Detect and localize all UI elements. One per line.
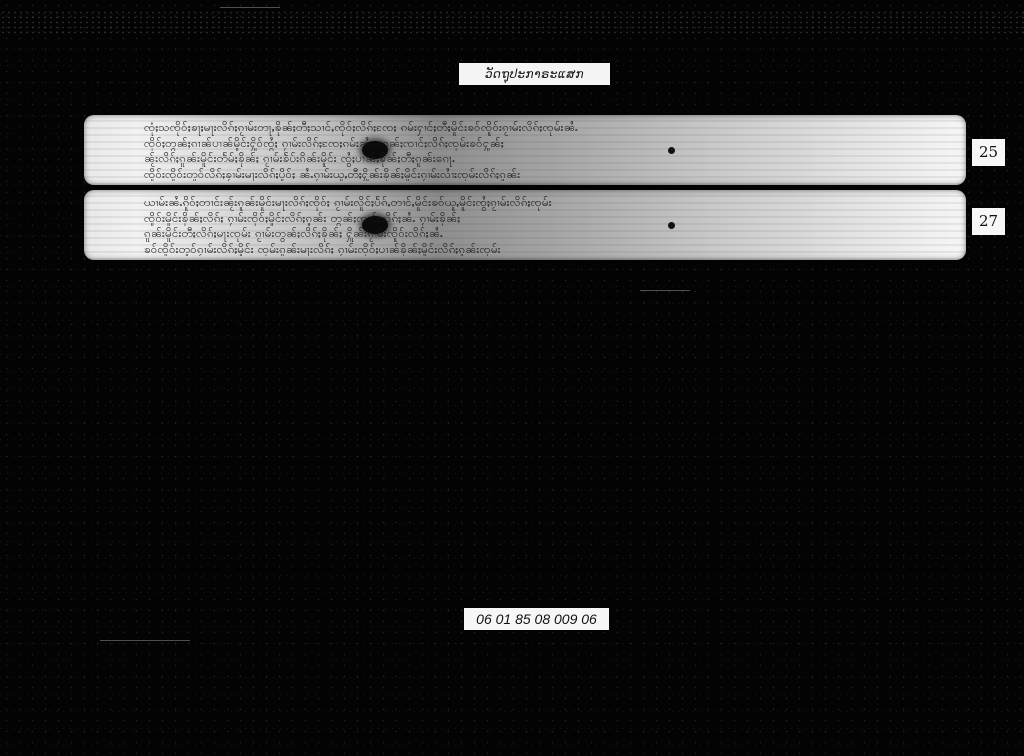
leaf-line: ၵူၼ်းမိူင်းတီႈလိၵ်ႈမႃးၸုမ်း ၵႂၢမ်းတွၼ်ႈလ… — [144, 226, 926, 242]
leaf-line: ၸုံႈသၸိုဝ်ႈၶႃႈမႃးလိၵ်ႈၵႂၢမ်းတႃႇၶိုၼ်ႈတီႈ… — [144, 120, 926, 136]
leaf-line: ယၢမ်းၼႆႉၵိူဝ်ႈတၢင်းၼႂ်းၵူၼ်းမိူင်းမႃးလိၵ… — [144, 195, 926, 211]
film-scratch — [100, 640, 190, 641]
leaf-line: ၸိူဝ်းမိူင်းၶိုၼ်ႈလိၵ်ႈ ၵႂၢမ်းၸိုဝ်ႈမိူင… — [144, 211, 926, 227]
leaf-line: ၼႂ်းလိၵ်ႈၵူၼ်းမိူင်းတႅမ်ႈၶိုၼ်ႈ ၵႂၢမ်းၶႅ… — [144, 151, 926, 167]
manuscript-title-label: ວັດຖຸປະກາຣະແສກ — [459, 63, 610, 85]
palm-leaf-top: ၸုံႈသၸိုဝ်ႈၶႃႈမႃးလိၵ်ႈၵႂၢမ်းတႃႇၶိုၼ်ႈတီႈ… — [84, 115, 966, 185]
film-grain-band — [0, 10, 1024, 35]
leaf-line: ၸိုဝ်ႈတွၼ်ႈၵၢၼ်ပၢၼ်မိူင်းႁိူဝ်ၸွႆႈ ၵႂၢမ်… — [144, 136, 926, 152]
palm-leaf-bottom: ယၢမ်းၼႆႉၵိူဝ်ႈတၢင်းၼႂ်းၵူၼ်းမိူင်းမႃးလိၵ… — [84, 190, 966, 260]
leaf-text: ယၢမ်းၼႆႉၵိူဝ်ႈတၢင်းၼႂ်းၵူၼ်းမိူင်းမႃးလိၵ… — [144, 195, 926, 256]
leaf-number-label: 27 — [972, 208, 1005, 235]
film-scratch — [640, 290, 690, 291]
leaf-line: ၸိူဝ်းၸိူဝ်းတူဝ်လိၵ်ႈၶႂၢမ်းမႃးလိၵ်ႈပိူဝ်… — [144, 167, 926, 182]
film-grain — [0, 0, 1024, 756]
leaf-line: ၶဝ်ၸိူဝ်းတူဝ်ၵႂၢမ်းလိၵ်ႈမိူင်း ၸုမ်းၵူၼ်… — [144, 242, 926, 257]
leaf-text: ၸုံႈသၸိုဝ်ႈၶႃႈမႃးလိၵ်ႈၵႂၢမ်းတႃႇၶိုၼ်ႈတီႈ… — [144, 120, 926, 181]
leaf-number-label: 25 — [972, 139, 1005, 166]
film-scratch — [220, 7, 280, 8]
reel-number-label: 06 01 85 08 009 06 — [464, 608, 609, 630]
